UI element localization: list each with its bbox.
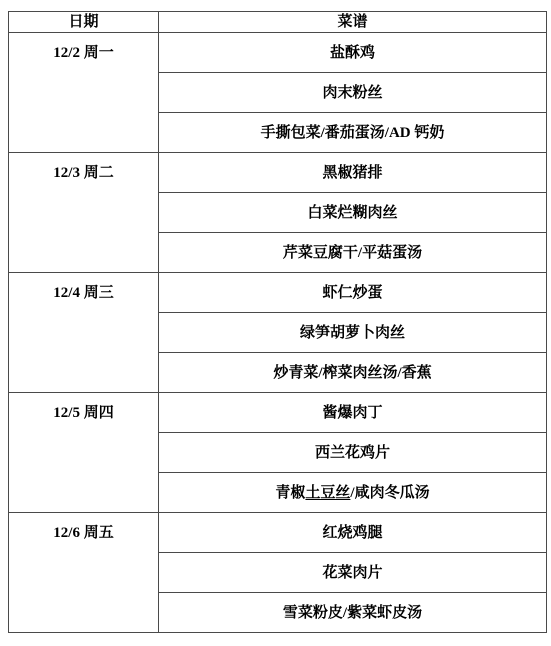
date-cell: 12/6 周五 xyxy=(9,513,159,633)
dish-cell: 青椒土豆丝/咸肉冬瓜汤 xyxy=(159,473,547,513)
dish-cell: 绿笋胡萝卜肉丝 xyxy=(159,313,547,353)
date-cell: 12/4 周三 xyxy=(9,273,159,393)
table-row: 12/3 周二 黑椒猪排 xyxy=(9,153,547,193)
menu-column-header: 菜谱 xyxy=(159,12,547,33)
header-row: 日期 菜谱 xyxy=(9,12,547,33)
dish-cell: 黑椒猪排 xyxy=(159,153,547,193)
dish-cell: 虾仁炒蛋 xyxy=(159,273,547,313)
dish-cell: 红烧鸡腿 xyxy=(159,513,547,553)
dish-cell: 白菜烂糊肉丝 xyxy=(159,193,547,233)
dish-cell: 芹菜豆腐干/平菇蛋汤 xyxy=(159,233,547,273)
table-row: 12/6 周五 红烧鸡腿 xyxy=(9,513,547,553)
table-row: 12/5 周四 酱爆肉丁 xyxy=(9,393,547,433)
dish-cell: 盐酥鸡 xyxy=(159,33,547,73)
dish-cell: 手撕包菜/番茄蛋汤/AD 钙奶 xyxy=(159,113,547,153)
date-column-header: 日期 xyxy=(9,12,159,33)
table-row: 12/2 周一 盐酥鸡 xyxy=(9,33,547,73)
weekly-menu-table: 日期 菜谱 12/2 周一 盐酥鸡 肉末粉丝 手撕包菜/番茄蛋汤/AD 钙奶 1… xyxy=(8,11,547,633)
table-row: 12/4 周三 虾仁炒蛋 xyxy=(9,273,547,313)
date-cell: 12/3 周二 xyxy=(9,153,159,273)
dish-cell: 酱爆肉丁 xyxy=(159,393,547,433)
date-cell: 12/2 周一 xyxy=(9,33,159,153)
dish-cell: 西兰花鸡片 xyxy=(159,433,547,473)
dish-cell: 雪菜粉皮/紫菜虾皮汤 xyxy=(159,593,547,633)
date-cell: 12/5 周四 xyxy=(9,393,159,513)
dish-cell: 炒青菜/榨菜肉丝汤/香蕉 xyxy=(159,353,547,393)
page: { "table": { "headers": { "date": "日期", … xyxy=(0,0,551,646)
dish-cell: 花菜肉片 xyxy=(159,553,547,593)
dish-cell: 肉末粉丝 xyxy=(159,73,547,113)
